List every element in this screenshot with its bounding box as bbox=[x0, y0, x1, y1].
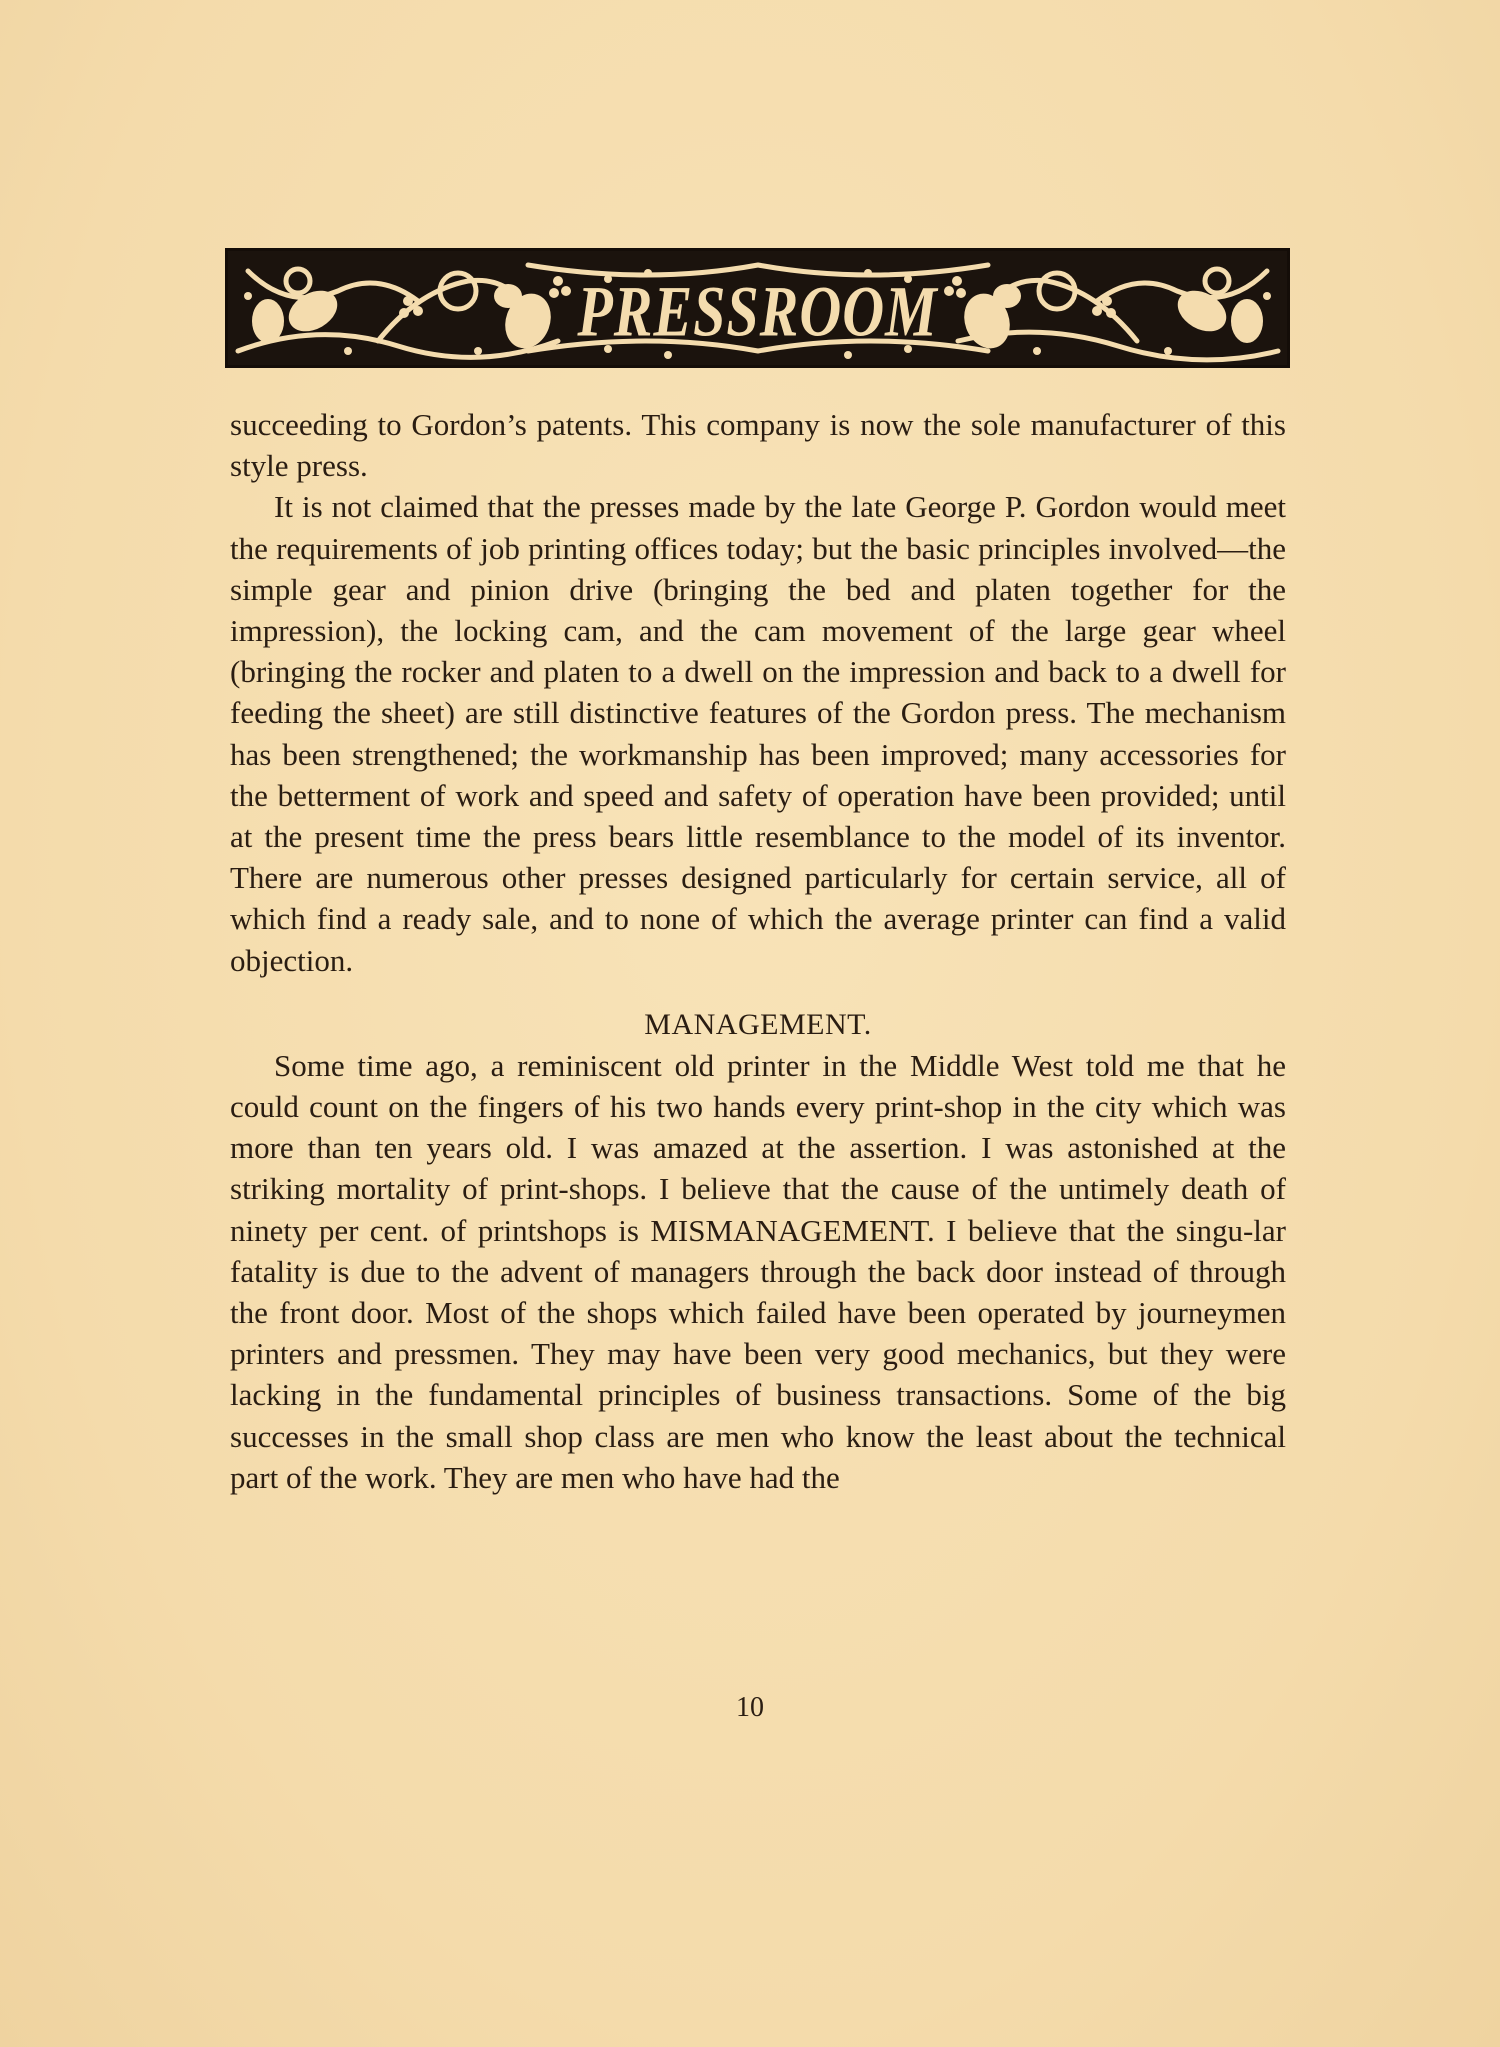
paragraph-gordon-press: It is not claimed that the presses made … bbox=[230, 486, 1286, 980]
page-number: 10 bbox=[0, 1692, 1500, 1724]
body-text: succeeding to Gordon’s patents. This com… bbox=[230, 404, 1286, 1498]
paragraph-management: Some time ago, a reminiscent old printer… bbox=[230, 1045, 1286, 1498]
pressroom-banner: PRESSROOM bbox=[225, 248, 1290, 368]
section-heading-management: MANAGEMENT. bbox=[230, 1004, 1286, 1045]
paragraph-continuation: succeeding to Gordon’s patents. This com… bbox=[230, 404, 1286, 486]
banner-title: PRESSROOM bbox=[228, 269, 1287, 353]
